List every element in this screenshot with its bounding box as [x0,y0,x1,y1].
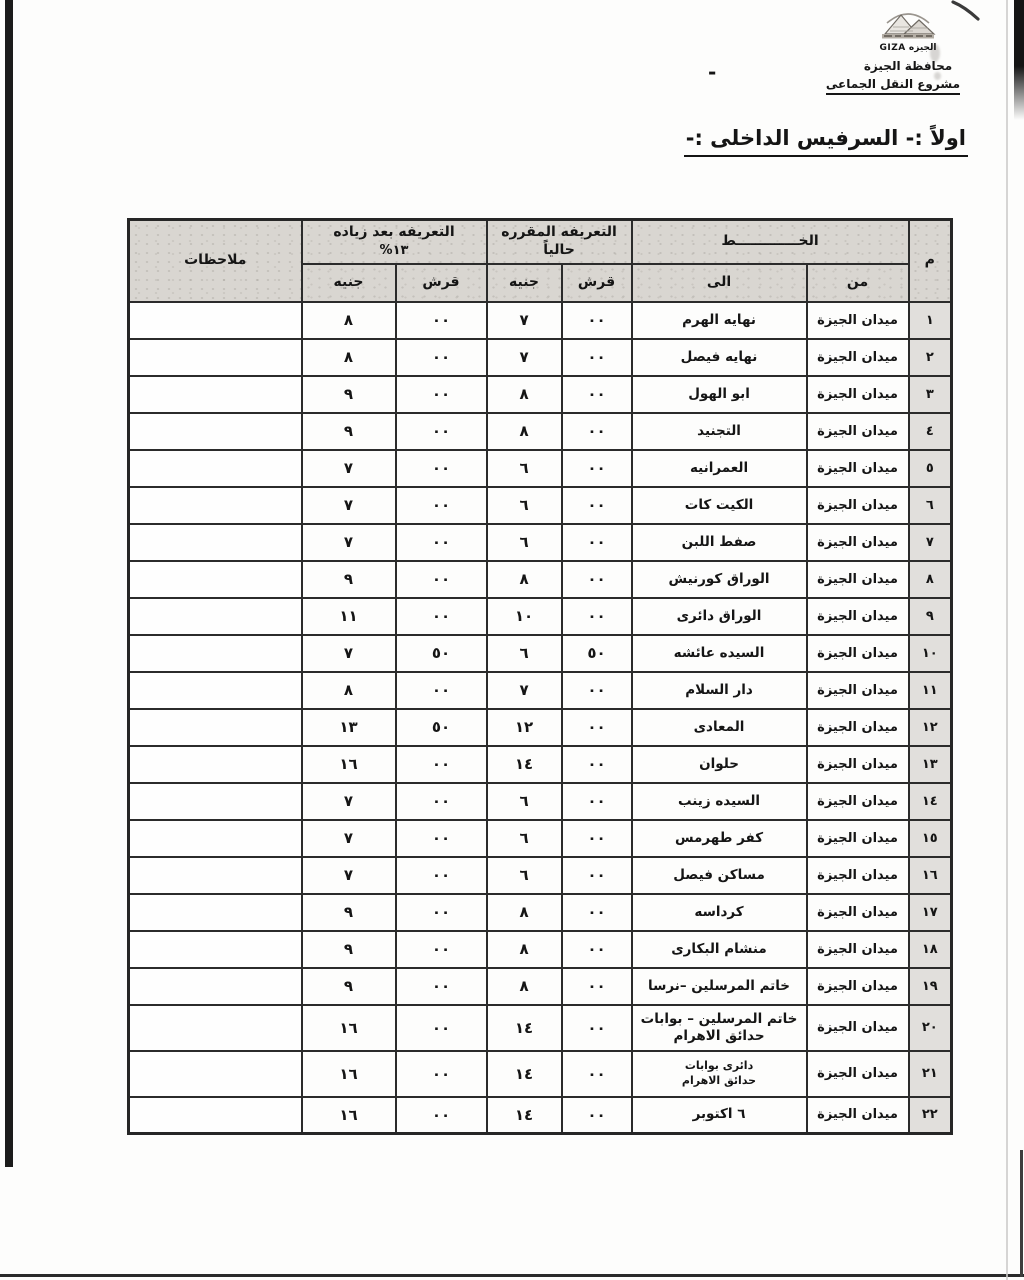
cell-qirsh-new-text: ٠٠ [432,1106,450,1124]
cell-qirsh-current-text: ٠٠ [587,496,605,514]
cell-to-text: مساكن فيصل [673,867,765,883]
cell-geneh-current-text: ٨ [519,977,528,995]
cell-qirsh-current: ٠٠ [562,450,632,487]
cell-from-text: ميدان الجيزة [817,1107,898,1122]
cell-qirsh-new-text: ٠٠ [432,607,450,625]
cell-qirsh-current-text: ٠٠ [587,459,605,477]
cell-from: ميدان الجيزة [807,894,909,931]
cell-geneh-current-text: ٧ [519,311,528,329]
cell-geneh-new-text: ٧ [344,792,353,810]
cell-no: ١٢ [909,709,952,746]
cell-qirsh-current: ٠٠ [562,1051,632,1097]
cell-geneh-current: ١٤ [487,746,562,783]
cell-no: ٢ [909,339,952,376]
cell-no-text: ٢٢ [922,1107,938,1122]
cell-geneh-current-text: ٦ [519,533,528,551]
cell-from-text: ميدان الجيزة [817,683,898,698]
cell-to: الوراق كورنيش [632,561,807,598]
cell-qirsh-current: ٠٠ [562,820,632,857]
cell-geneh-current: ٦ [487,487,562,524]
cell-to-text: حدائق الاهرام [636,1074,803,1088]
cell-qirsh-new-text: ٠٠ [432,792,450,810]
cell-geneh-current: ٧ [487,302,562,339]
cell-geneh-new: ١٦ [302,1005,396,1051]
cell-geneh-current: ٨ [487,968,562,1005]
cell-no-text: ٨ [926,572,934,587]
cell-geneh-current: ٨ [487,413,562,450]
cell-to: المعادى [632,709,807,746]
cell-geneh-new-text: ١٦ [339,755,357,773]
table-row: ٢٢ميدان الجيزة٦ اكتوبر٠٠١٤٠٠١٦ [129,1097,952,1134]
current-tariff-line2: حالياً [543,242,575,258]
cell-geneh-current: ٨ [487,931,562,968]
cell-no-text: ٦ [926,498,934,513]
table-row: ٥ميدان الجيزةالعمرانيه٠٠٦٠٠٧ [129,450,952,487]
cell-qirsh-new-text: ٠٠ [432,1019,450,1037]
table-row: ١٥ميدان الجيزةكفر طهرمس٠٠٦٠٠٧ [129,820,952,857]
cell-qirsh-current-text: ٠٠ [587,866,605,884]
cell-from: ميدان الجيزة [807,820,909,857]
cell-qirsh-new: ٠٠ [396,1051,487,1097]
cell-to: نهايه الهرم [632,302,807,339]
cell-from: ميدان الجيزة [807,487,909,524]
cell-qirsh-new-text: ٠٠ [432,570,450,588]
cell-no: ١٣ [909,746,952,783]
cell-geneh-new-text: ٧ [344,496,353,514]
cell-qirsh-current: ٠٠ [562,894,632,931]
cell-geneh-current-text: ٨ [519,903,528,921]
cell-geneh-new: ٧ [302,857,396,894]
cell-qirsh-new-text: ٠٠ [432,385,450,403]
cell-geneh-current-text: ١٤ [515,1065,533,1083]
cell-notes [129,746,302,783]
cell-qirsh-current-text: ٠٠ [587,755,605,773]
cell-geneh-current-text: ٧ [519,348,528,366]
cell-geneh-current-text: ٨ [519,422,528,440]
cell-geneh-new: ١٣ [302,709,396,746]
cell-qirsh-current-text: ٠٠ [587,422,605,440]
cell-qirsh-current-text: ٠٠ [587,533,605,551]
cell-qirsh-new-text: ٠٠ [432,940,450,958]
cell-from: ميدان الجيزة [807,302,909,339]
col-header-new-tariff: التعريفه بعد زياده ١٣% [302,220,487,264]
cell-geneh-new: ٩ [302,931,396,968]
cell-no-text: ١٩ [922,979,938,994]
cell-qirsh-new: ٠٠ [396,968,487,1005]
cell-no-text: ٥ [926,461,934,476]
cell-qirsh-new-text: ٠٠ [432,311,450,329]
cell-qirsh-current: ٠٠ [562,339,632,376]
table-row: ٤ميدان الجيزةالتجنيد٠٠٨٠٠٩ [129,413,952,450]
cell-geneh-new-text: ٧ [344,644,353,662]
cell-from-text: ميدان الجيزة [817,572,898,587]
cell-to: خاتم المرسلين –نرسا [632,968,807,1005]
cell-qirsh-new-text: ٥٠ [432,718,450,736]
cell-qirsh-new: ٠٠ [396,413,487,450]
cell-notes [129,450,302,487]
cell-to: الوراق دائرى [632,598,807,635]
stray-dash-mark: - [708,60,716,84]
cell-from-text: ميدان الجيزة [817,720,898,735]
cell-from: ميدان الجيزة [807,339,909,376]
cell-to: مساكن فيصل [632,857,807,894]
cell-to: كفر طهرمس [632,820,807,857]
cell-to: العمرانيه [632,450,807,487]
cell-no-text: ١٢ [922,720,938,735]
cell-no: ١٨ [909,931,952,968]
cell-no-text: ١ [926,313,934,328]
cell-geneh-current-text: ٦ [519,459,528,477]
cell-from: ميدان الجيزة [807,635,909,672]
cell-from-text: ميدان الجيزة [817,831,898,846]
cell-from-text: ميدان الجيزة [817,461,898,476]
cell-to: دار السلام [632,672,807,709]
cell-from-text: ميدان الجيزة [817,1066,898,1081]
cell-notes [129,894,302,931]
cell-no-text: ١١ [922,683,938,698]
cell-geneh-current-text: ٨ [519,570,528,588]
cell-notes [129,561,302,598]
cell-no: ١٧ [909,894,952,931]
cell-to: ٦ اكتوبر [632,1097,807,1134]
cell-geneh-new: ٩ [302,894,396,931]
cell-notes [129,376,302,413]
cell-qirsh-current: ٠٠ [562,968,632,1005]
cell-qirsh-current-text: ٠٠ [587,829,605,847]
cell-geneh-new-text: ١٣ [339,718,357,736]
cell-notes [129,413,302,450]
cell-geneh-new: ٩ [302,413,396,450]
cell-from-text: ميدان الجيزة [817,979,898,994]
cell-qirsh-new-text: ٠٠ [432,866,450,884]
cell-qirsh-new: ٠٠ [396,783,487,820]
col-header-to: الى [632,264,807,302]
cell-no: ١٩ [909,968,952,1005]
cell-qirsh-new-text: ٠٠ [432,422,450,440]
cell-notes [129,1051,302,1097]
cell-qirsh-current-text: ٠٠ [587,718,605,736]
cell-qirsh-current-text: ٠٠ [587,977,605,995]
cell-to-text: نهايه فيصل [681,349,758,365]
cell-geneh-current-text: ١٤ [515,1106,533,1124]
cell-no: ٣ [909,376,952,413]
cell-geneh-current: ٧ [487,339,562,376]
cell-qirsh-new-text: ٠٠ [432,829,450,847]
cell-no: ١٠ [909,635,952,672]
cell-from: ميدان الجيزة [807,598,909,635]
cell-geneh-current-text: ٨ [519,385,528,403]
cell-geneh-current: ٦ [487,450,562,487]
table-row: ١٤ميدان الجيزةالسيده زينب٠٠٦٠٠٧ [129,783,952,820]
cell-geneh-new: ٨ [302,302,396,339]
cell-to-text: السيده عائشه [674,645,765,661]
cell-no: ١٦ [909,857,952,894]
cell-qirsh-new: ٠٠ [396,1097,487,1134]
cell-to-text: خاتم المرسلين – بوابات [641,1011,798,1027]
cell-geneh-new-text: ١٦ [339,1065,357,1083]
cell-qirsh-new-text: ٠٠ [432,977,450,995]
cell-no: ١٥ [909,820,952,857]
cell-no-text: ١٧ [922,905,938,920]
cell-qirsh-new: ٠٠ [396,524,487,561]
cell-geneh-new: ٧ [302,635,396,672]
cell-to-text: ٦ اكتوبر [693,1106,746,1122]
cell-qirsh-new: ٠٠ [396,339,487,376]
cell-geneh-current-text: ١٠ [515,607,533,625]
cell-qirsh-new: ٥٠ [396,709,487,746]
project-name: مشروع النقل الجماعى [826,77,960,95]
cell-to-text: كفر طهرمس [675,830,763,846]
cell-no-text: ٢ [926,350,934,365]
cell-geneh-new-text: ١٦ [339,1106,357,1124]
cell-geneh-current-text: ١٤ [515,755,533,773]
cell-to: صفط اللبن [632,524,807,561]
cell-geneh-new-text: ٩ [344,570,353,588]
cell-geneh-current: ٦ [487,524,562,561]
section-title: اولاً :- السرفيس الداخلى :- [684,126,968,157]
cell-from-text: ميدان الجيزة [817,868,898,883]
table-row: ١١ميدان الجيزةدار السلام٠٠٧٠٠٨ [129,672,952,709]
cell-geneh-new: ٩ [302,561,396,598]
cell-from: ميدان الجيزة [807,450,909,487]
col-header-qirsh-new: قرش [396,264,487,302]
fare-table: م الخـــــــــــــط التعريفه المقرره حال… [127,218,953,1135]
cell-no-text: ٧ [926,535,934,550]
cell-to-text: حدائق الاهرام [636,1028,803,1045]
cell-notes [129,672,302,709]
cell-from-text: ميدان الجيزة [817,942,898,957]
cell-geneh-new: ٧ [302,450,396,487]
cell-qirsh-new: ٥٠ [396,635,487,672]
cell-from-text: ميدان الجيزة [817,646,898,661]
cell-qirsh-current-text: ٠٠ [587,385,605,403]
cell-notes [129,635,302,672]
cell-geneh-new-text: ٨ [344,311,353,329]
cell-to-text: نهايه الهرم [682,312,756,328]
cell-no: ٢٢ [909,1097,952,1134]
cell-notes [129,857,302,894]
cell-geneh-current: ٦ [487,783,562,820]
cell-notes [129,820,302,857]
cell-to: السيده عائشه [632,635,807,672]
cell-from: ميدان الجيزة [807,783,909,820]
cell-from-text: ميدان الجيزة [817,350,898,365]
cell-geneh-current-text: ٨ [519,940,528,958]
cell-qirsh-current: ٠٠ [562,561,632,598]
cell-qirsh-new-text: ٠٠ [432,1065,450,1083]
cell-geneh-new-text: ١١ [339,607,357,625]
cell-from: ميدان الجيزة [807,1005,909,1051]
giza-pyramids-logo-icon [879,8,937,42]
cell-geneh-current: ٨ [487,561,562,598]
cell-qirsh-current-text: ٠٠ [587,940,605,958]
cell-from: ميدان الجيزة [807,672,909,709]
cell-no: ٢١ [909,1051,952,1097]
cell-from-text: ميدان الجيزة [817,313,898,328]
cell-geneh-new-text: ٩ [344,422,353,440]
cell-geneh-new-text: ٧ [344,829,353,847]
cell-from: ميدان الجيزة [807,968,909,1005]
cell-qirsh-new-text: ٠٠ [432,681,450,699]
cell-no: ٢٠ [909,1005,952,1051]
table-row: ٢٠ميدان الجيزةخاتم المرسلين – بواباتحدائ… [129,1005,952,1051]
cell-qirsh-current-text: ٠٠ [587,1065,605,1083]
cell-from: ميدان الجيزة [807,1097,909,1134]
col-header-geneh-current: جنيه [487,264,562,302]
cell-notes [129,339,302,376]
cell-qirsh-new: ٠٠ [396,857,487,894]
cell-notes [129,524,302,561]
cell-geneh-current-text: ٦ [519,792,528,810]
cell-from-text: ميدان الجيزة [817,905,898,920]
cell-no: ٦ [909,487,952,524]
cell-geneh-new: ١٦ [302,1051,396,1097]
cell-geneh-current: ١٤ [487,1005,562,1051]
cell-qirsh-current: ٠٠ [562,1005,632,1051]
cell-qirsh-new: ٠٠ [396,376,487,413]
table-row: ١٢ميدان الجيزةالمعادى٠٠١٢٥٠١٣ [129,709,952,746]
cell-to-text: السيده زينب [678,793,760,809]
scan-edge-bottom [0,1274,1024,1277]
cell-qirsh-current: ٠٠ [562,413,632,450]
cell-qirsh-current: ٠٠ [562,1097,632,1134]
cell-from: ميدان الجيزة [807,376,909,413]
table-row: ١٧ميدان الجيزةكرداسه٠٠٨٠٠٩ [129,894,952,931]
col-header-current-tariff: التعريفه المقرره حالياً [487,220,632,264]
cell-no: ٩ [909,598,952,635]
cell-to-text: الوراق دائرى [677,608,762,624]
col-header-qirsh-current: قرش [562,264,632,302]
cell-qirsh-new: ٠٠ [396,1005,487,1051]
cell-geneh-new: ٧ [302,783,396,820]
cell-no-text: ٩ [926,609,934,624]
table-row: ١٩ميدان الجيزةخاتم المرسلين –نرسا٠٠٨٠٠٩ [129,968,952,1005]
cell-qirsh-new-text: ٥٠ [432,644,450,662]
cell-geneh-new: ٨ [302,672,396,709]
cell-no: ٨ [909,561,952,598]
cell-qirsh-current: ٥٠ [562,635,632,672]
table-body: ١ميدان الجيزةنهايه الهرم٠٠٧٠٠٨٢ميدان الج… [129,302,952,1134]
cell-qirsh-current-text: ٠٠ [587,570,605,588]
cell-geneh-new-text: ٧ [344,459,353,477]
cell-geneh-new-text: ٩ [344,385,353,403]
cell-geneh-new: ١١ [302,598,396,635]
cell-geneh-new-text: ٧ [344,533,353,551]
new-tariff-line2: ١٣% [380,243,409,258]
cell-to: منشام البكارى [632,931,807,968]
cell-geneh-new: ٩ [302,968,396,1005]
cell-to-text: ابو الهول [688,386,750,402]
cell-to-text: منشام البكارى [671,941,767,957]
cell-qirsh-current-text: ٠٠ [587,1106,605,1124]
cell-geneh-current-text: ٦ [519,866,528,884]
scan-edge-right-lower [1020,1150,1023,1277]
cell-geneh-new: ٧ [302,524,396,561]
cell-qirsh-new: ٠٠ [396,450,487,487]
table-row: ١٠ميدان الجيزةالسيده عائشه٥٠٦٥٠٧ [129,635,952,672]
cell-to-text: دار السلام [685,682,753,698]
cell-geneh-new-text: ٨ [344,348,353,366]
cell-geneh-current-text: ١٤ [515,1019,533,1037]
cell-from-text: ميدان الجيزة [817,609,898,624]
cell-to-text: الوراق كورنيش [668,571,769,587]
cell-qirsh-current-text: ٠٠ [587,903,605,921]
cell-from-text: ميدان الجيزة [817,498,898,513]
cell-no-text: ١٣ [922,757,938,772]
cell-qirsh-new-text: ٠٠ [432,533,450,551]
cell-from: ميدان الجيزة [807,931,909,968]
cell-qirsh-current-text: ٠٠ [587,681,605,699]
cell-qirsh-new: ٠٠ [396,931,487,968]
cell-notes [129,931,302,968]
cell-to-text: صفط اللبن [682,534,757,550]
cell-notes [129,598,302,635]
cell-to: السيده زينب [632,783,807,820]
cell-qirsh-new-text: ٠٠ [432,459,450,477]
cell-geneh-current: ٨ [487,894,562,931]
col-header-notes: ملاحظات [129,220,302,302]
cell-notes [129,968,302,1005]
table-row: ١ميدان الجيزةنهايه الهرم٠٠٧٠٠٨ [129,302,952,339]
cell-geneh-current: ٨ [487,376,562,413]
cell-qirsh-new: ٠٠ [396,561,487,598]
table-row: ٩ميدان الجيزةالوراق دائرى٠٠١٠٠٠١١ [129,598,952,635]
table-row: ٦ميدان الجيزةالكيت كات٠٠٦٠٠٧ [129,487,952,524]
cell-qirsh-new-text: ٠٠ [432,903,450,921]
cell-no-text: ١٠ [922,646,938,661]
cell-from: ميدان الجيزة [807,1051,909,1097]
cell-to: ابو الهول [632,376,807,413]
cell-to-text: المعادى [694,719,745,735]
cell-notes [129,783,302,820]
cell-to: حلوان [632,746,807,783]
table-row: ١٨ميدان الجيزةمنشام البكارى٠٠٨٠٠٩ [129,931,952,968]
letterhead: الجيزه GIZA محافظة الجيزة مشروع النقل ال… [856,8,960,95]
cell-geneh-new: ٩ [302,376,396,413]
cell-from-text: ميدان الجيزة [817,794,898,809]
cell-geneh-new: ١٦ [302,746,396,783]
col-header-line: الخـــــــــــــط [632,220,909,264]
cell-to: الكيت كات [632,487,807,524]
cell-to: نهايه فيصل [632,339,807,376]
cell-notes [129,1097,302,1134]
table-row: ١٦ميدان الجيزةمساكن فيصل٠٠٦٠٠٧ [129,857,952,894]
cell-to-text: العمرانيه [690,460,748,476]
cell-no: ١٤ [909,783,952,820]
cell-to-text: دائرى بوابات [685,1059,753,1072]
cell-geneh-current: ١٤ [487,1051,562,1097]
cell-no: ٤ [909,413,952,450]
cell-geneh-current: ٦ [487,857,562,894]
cell-geneh-new-text: ٩ [344,977,353,995]
cell-from-text: ميدان الجيزة [817,424,898,439]
cell-from-text: ميدان الجيزة [817,757,898,772]
cell-no-text: ٢٠ [922,1020,938,1035]
cell-geneh-current: ١٤ [487,1097,562,1134]
cell-geneh-new-text: ١٦ [339,1019,357,1037]
cell-to-text: الكيت كات [685,497,754,513]
cell-qirsh-new: ٠٠ [396,487,487,524]
cell-qirsh-current-text: ٠٠ [587,348,605,366]
cell-no-text: ٣ [926,387,934,402]
cell-no: ٧ [909,524,952,561]
cell-qirsh-new-text: ٠٠ [432,496,450,514]
cell-geneh-current-text: ٦ [519,829,528,847]
cell-from: ميدان الجيزة [807,746,909,783]
cell-no-text: ١٥ [922,831,938,846]
current-tariff-line1: التعريفه المقرره [501,224,617,240]
cell-to-text: حلوان [699,756,739,772]
